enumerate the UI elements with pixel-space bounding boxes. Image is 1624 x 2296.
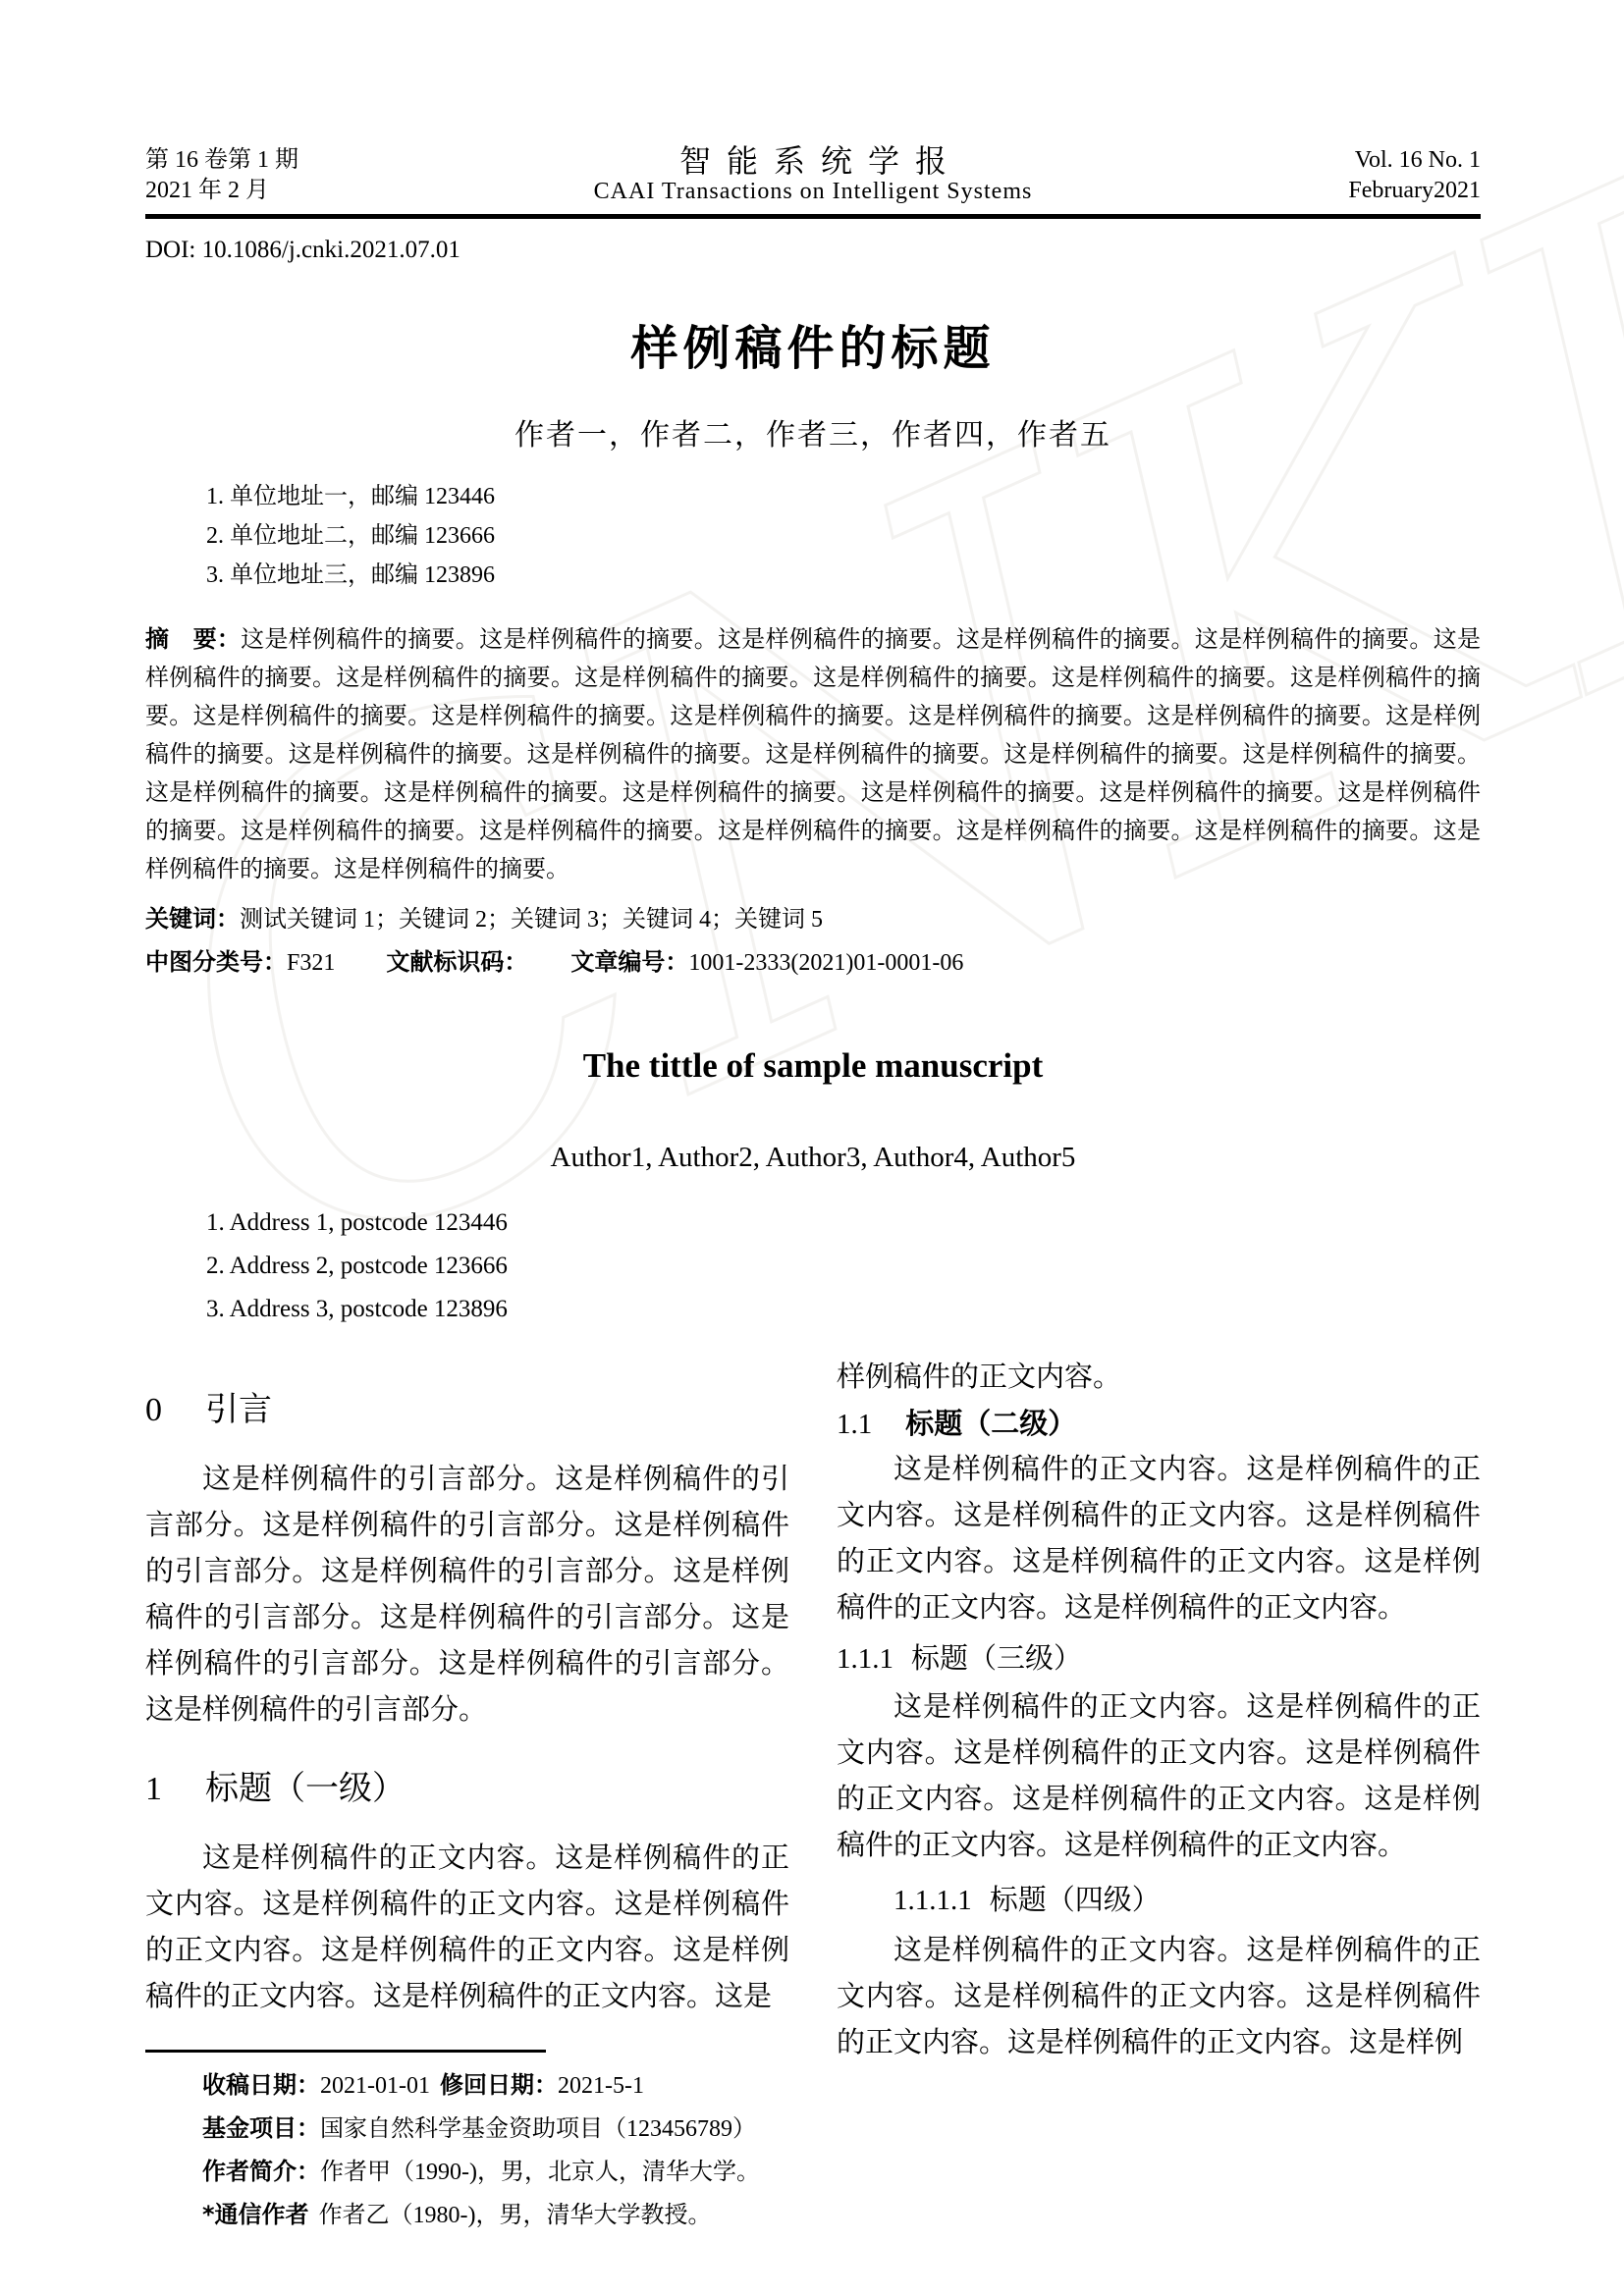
fund-value: 国家自然科学基金资助项目（123456789） bbox=[320, 2116, 756, 2142]
revised-date-value: 2021-5-1 bbox=[558, 2073, 644, 2099]
section-1-continuation: 样例稿件的正文内容。 bbox=[837, 1355, 1481, 1401]
section-1-1-1-1-title: 标题（四级） bbox=[990, 1885, 1161, 1916]
affiliation-cn-2: 2. 单位地址二，邮编 123666 bbox=[206, 516, 1481, 556]
section-1-1-1-title: 标题（三级） bbox=[911, 1643, 1082, 1675]
classification-line: 中图分类号：F321文献标识码：文章编号：1001-2333(2021)01-0… bbox=[145, 940, 1481, 986]
abstract-paragraph: 摘 要：这是样例稿件的摘要。这是样例稿件的摘要。这是样例稿件的摘要。这是样例稿件… bbox=[145, 620, 1481, 889]
affiliations-en: 1. Address 1, postcode 123446 2. Address… bbox=[145, 1201, 1481, 1331]
corresponding-author-label: *通信作者 bbox=[202, 2201, 309, 2228]
section-1-1-1-1-paragraph: 这是样例稿件的正文内容。这是样例稿件的正文内容。这是样例稿件的正文内容。这是样例… bbox=[837, 1928, 1481, 2066]
section-1-1-1-1-number: 1.1.1.1 bbox=[893, 1885, 972, 1916]
section-0-number: 0 bbox=[145, 1392, 162, 1428]
footnote-separator bbox=[145, 2050, 546, 2053]
journal-name-en: CAAI Transactions on Intelligent Systems bbox=[469, 178, 1157, 206]
section-1-1-1-paragraph: 这是样例稿件的正文内容。这是样例稿件的正文内容。这是样例稿件的正文内容。这是样例… bbox=[837, 1684, 1481, 1869]
header-rule bbox=[145, 214, 1481, 219]
revised-date-label: 修回日期： bbox=[440, 2071, 558, 2099]
affiliation-en-2: 2. Address 2, postcode 123666 bbox=[206, 1245, 1481, 1288]
footnote-corresponding: *通信作者作者乙（1980-)，男，清华大学教授。 bbox=[202, 2194, 789, 2237]
section-1-1-heading: 1.1标题（二级） bbox=[837, 1401, 1481, 1447]
right-column: 样例稿件的正文内容。 1.1标题（二级） 这是样例稿件的正文内容。这是样例稿件的… bbox=[837, 1355, 1481, 2237]
volume-number-en: Vol. 16 No. 1 bbox=[1157, 145, 1481, 176]
section-1-1-number: 1.1 bbox=[837, 1409, 872, 1440]
affiliation-cn-3: 3. 单位地址三，邮编 123896 bbox=[206, 556, 1481, 595]
article-no-value: 1001-2333(2021)01-0001-06 bbox=[688, 950, 963, 976]
issue-number-cn: 第 16 卷第 1 期 bbox=[145, 145, 469, 176]
section-0-title: 引言 bbox=[205, 1392, 272, 1428]
article-no-label: 文章编号： bbox=[570, 948, 688, 976]
journal-header-left: 第 16 卷第 1 期 2021 年 2 月 bbox=[145, 145, 469, 206]
issue-date-cn: 2021 年 2 月 bbox=[145, 176, 469, 206]
doc-code-label: 文献标识码： bbox=[386, 948, 527, 976]
fund-label: 基金项目： bbox=[202, 2114, 320, 2142]
received-date-value: 2021-01-01 bbox=[320, 2073, 430, 2099]
footnote-block: 收稿日期：2021-01-01修回日期：2021-5-1 基金项目：国家自然科学… bbox=[145, 2064, 789, 2237]
journal-header-center: 智能系统学报 CAAI Transactions on Intelligent … bbox=[469, 145, 1157, 206]
clc-value: F321 bbox=[287, 950, 335, 976]
keywords-text: 测试关键词 1；关键词 2；关键词 3；关键词 4；关键词 5 bbox=[240, 907, 823, 933]
footnote-biography: 作者简介：作者甲（1990-)，男，北京人，清华大学。 bbox=[202, 2151, 789, 2194]
section-1-1-1-number: 1.1.1 bbox=[837, 1643, 893, 1675]
biography-label: 作者简介： bbox=[202, 2158, 320, 2185]
footnote-fund: 基金项目：国家自然科学基金资助项目（123456789） bbox=[202, 2108, 789, 2151]
authors-cn: 作者一，作者二，作者三，作者四，作者五 bbox=[145, 416, 1481, 455]
section-1-heading: 1标题（一级） bbox=[145, 1767, 789, 1812]
authors-en: Author1, Author2, Author3, Author4, Auth… bbox=[145, 1139, 1481, 1176]
section-0-paragraph: 这是样例稿件的引言部分。这是样例稿件的引言部分。这是样例稿件的引言部分。这是样例… bbox=[145, 1457, 789, 1734]
section-1-1-paragraph: 这是样例稿件的正文内容。这是样例稿件的正文内容。这是样例稿件的正文内容。这是样例… bbox=[837, 1447, 1481, 1631]
manuscript-page: CNKI 第 16 卷第 1 期 2021 年 2 月 智能系统学报 CAAI … bbox=[0, 0, 1624, 2296]
article-title-en: The tittle of sample manuscript bbox=[145, 1044, 1481, 1088]
abstract-label: 摘 要： bbox=[145, 625, 241, 653]
abstract-text: 这是样例稿件的摘要。这是样例稿件的摘要。这是样例稿件的摘要。这是样例稿件的摘要。… bbox=[145, 627, 1481, 882]
section-1-number: 1 bbox=[145, 1771, 162, 1807]
page-content: 第 16 卷第 1 期 2021 年 2 月 智能系统学报 CAAI Trans… bbox=[145, 145, 1481, 2237]
journal-name-cn: 智能系统学报 bbox=[469, 145, 1157, 178]
section-1-1-1-heading: 1.1.1标题（三级） bbox=[837, 1637, 1481, 1681]
section-1-title: 标题（一级） bbox=[205, 1771, 406, 1807]
section-0-heading: 0引言 bbox=[145, 1388, 789, 1433]
journal-header-right: Vol. 16 No. 1 February2021 bbox=[1157, 145, 1481, 206]
biography-value: 作者甲（1990-)，男，北京人，清华大学。 bbox=[320, 2160, 760, 2185]
section-1-paragraph: 这是样例稿件的正文内容。这是样例稿件的正文内容。这是样例稿件的正文内容。这是样例… bbox=[145, 1836, 789, 2020]
section-1-1-1-1-heading: 1.1.1.1标题（四级） bbox=[837, 1879, 1481, 1922]
section-1-1-title: 标题（二级） bbox=[905, 1407, 1076, 1440]
article-title-cn: 样例稿件的标题 bbox=[145, 318, 1481, 379]
left-column: 0引言 这是样例稿件的引言部分。这是样例稿件的引言部分。这是样例稿件的引言部分。… bbox=[145, 1355, 789, 2237]
affiliations-cn: 1. 单位地址一，邮编 123446 2. 单位地址二，邮编 123666 3.… bbox=[145, 477, 1481, 595]
doi-line: DOI: 10.1086/j.cnki.2021.07.01 bbox=[145, 235, 1481, 265]
footnote-dates: 收稿日期：2021-01-01修回日期：2021-5-1 bbox=[202, 2064, 789, 2108]
issue-date-en: February2021 bbox=[1157, 176, 1481, 206]
body-columns: 0引言 这是样例稿件的引言部分。这是样例稿件的引言部分。这是样例稿件的引言部分。… bbox=[145, 1355, 1481, 2237]
keywords-label: 关键词： bbox=[145, 905, 240, 933]
corresponding-author-value: 作者乙（1980-)，男，清华大学教授。 bbox=[319, 2203, 712, 2228]
received-date-label: 收稿日期： bbox=[202, 2071, 320, 2099]
journal-header: 第 16 卷第 1 期 2021 年 2 月 智能系统学报 CAAI Trans… bbox=[145, 145, 1481, 206]
affiliation-en-3: 3. Address 3, postcode 123896 bbox=[206, 1288, 1481, 1331]
affiliation-cn-1: 1. 单位地址一，邮编 123446 bbox=[206, 477, 1481, 516]
affiliation-en-1: 1. Address 1, postcode 123446 bbox=[206, 1201, 1481, 1245]
keywords-line: 关键词：测试关键词 1；关键词 2；关键词 3；关键词 4；关键词 5 bbox=[145, 899, 1481, 940]
clc-label: 中图分类号： bbox=[145, 948, 287, 976]
